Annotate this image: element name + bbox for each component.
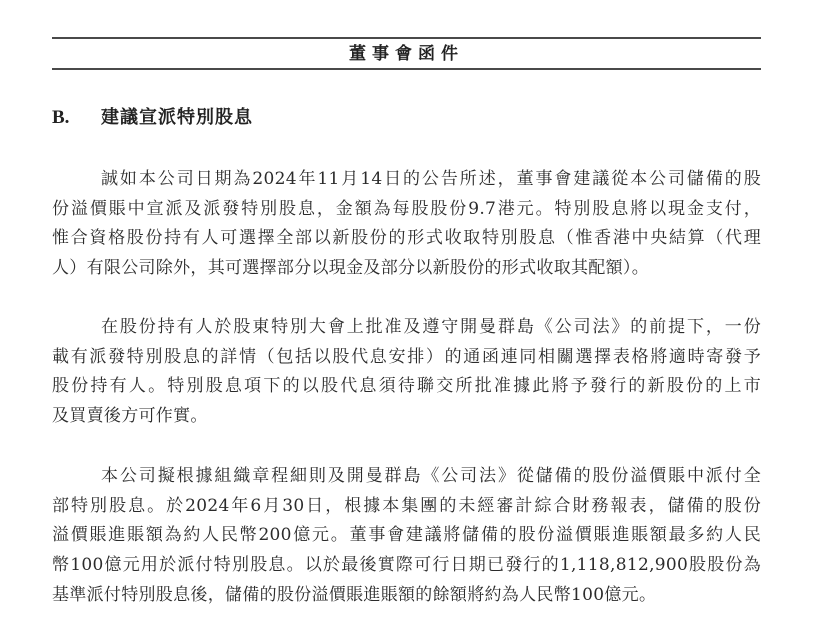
paragraph-circular-dispatch: 在股份持有人於股東特別大會上批准及遵守開曼群島《公司法》的前提下，一份 載有派發… <box>52 313 761 432</box>
page-header-title: 董事會函件 <box>52 40 761 68</box>
section-title: 建議宣派特別股息 <box>101 104 253 132</box>
paragraph-line: 在股份持有人於股東特別大會上批准及遵守開曼群島《公司法》的前提下，一份 <box>52 313 761 343</box>
paragraph-line: 及買賣後方可作實。 <box>52 402 761 432</box>
paragraph-line: 幣100億元用於派付特別股息。以於最後實際可行日期已發行的1,118,812,9… <box>52 551 761 581</box>
paragraph-line: 載有派發特別股息的詳情（包括以股代息安排）的通函連同相關選擇表格將適時寄發予 <box>52 343 761 373</box>
paragraph-special-dividend-announcement: 誠如本公司日期為2024年11月14日的公告所述，董事會建議從本公司儲備的股 份… <box>52 165 761 284</box>
paragraph-line: 溢價賬進賬額為約人民幣200億元。董事會建議將儲備的股份溢價賬進賬額最多約人民 <box>52 521 761 551</box>
paragraph-line: 部特別股息。於2024年6月30日，根據本集團的未經審計綜合財務報表，儲備的股份 <box>52 492 761 522</box>
paragraph-line: 本公司擬根據組織章程細則及開曼群島《公司法》從儲備的股份溢價賬中派付全 <box>52 462 761 492</box>
paragraph-line: 份溢價賬中宣派及派發特別股息，金額為每股股份9.7港元。特別股息將以現金支付， <box>52 195 761 225</box>
paragraph-line: 股份持有人。特別股息項下的以股代息須待聯交所批准據此將予發行的新股份的上市 <box>52 372 761 402</box>
section-letter: B. <box>52 104 101 132</box>
header-rule-bottom <box>52 68 761 70</box>
paragraph-line: 人）有限公司除外，其可選擇部分以現金及部分以新股份的形式收取其配額）。 <box>52 254 761 284</box>
section-heading: B. 建議宣派特別股息 <box>52 104 253 132</box>
paragraph-line: 基準派付特別股息後，儲備的股份溢價賬進賬額的餘額將約為人民幣100億元。 <box>52 581 761 611</box>
paragraph-line: 誠如本公司日期為2024年11月14日的公告所述，董事會建議從本公司儲備的股 <box>52 165 761 195</box>
paragraph-share-premium-account: 本公司擬根據組織章程細則及開曼群島《公司法》從儲備的股份溢價賬中派付全 部特別股… <box>52 462 761 610</box>
paragraph-line: 惟合資格股份持有人可選擇全部以新股份的形式收取特別股息（惟香港中央結算（代理 <box>52 224 761 254</box>
header-rule-top <box>52 37 761 39</box>
